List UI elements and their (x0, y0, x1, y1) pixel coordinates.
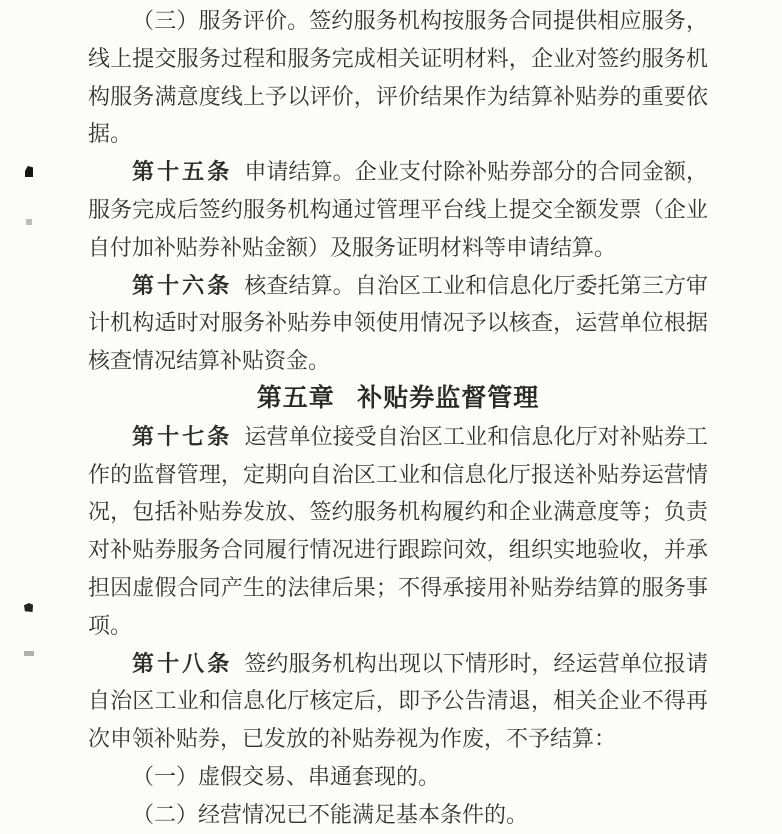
document-page: （三）服务评价。签约服务机构按服务合同提供相应服务，线上提交服务过程和服务完成相… (0, 0, 782, 834)
chapter-number: 第五章 (257, 384, 335, 412)
clause-service-evaluation: （三）服务评价。签约服务机构按服务合同提供相应服务，线上提交服务过程和服务完成相… (88, 2, 708, 153)
article-18-number: 第十八条 (132, 651, 232, 676)
article-17: 第十七条运营单位接受自治区工业和信息化厅对补贴券工作的监督管理，定期向自治区工业… (88, 418, 708, 645)
article-15-number: 第十五条 (132, 159, 232, 184)
ink-speck (26, 219, 32, 225)
chapter-5-heading: 第五章补贴券监督管理 (88, 380, 708, 418)
article-17-text: 运营单位接受自治区工业和信息化厅对补贴券工作的监督管理，定期向自治区工业和信息化… (88, 424, 708, 638)
chapter-title: 补贴券监督管理 (357, 384, 539, 412)
article-15: 第十五条申请结算。企业支付除补贴券部分的合同金额，服务完成后签约服务机构通过管理… (88, 153, 708, 266)
article-16: 第十六条核查结算。自治区工业和信息化厅委托第三方审计机构适时对服务补贴券申领使用… (88, 267, 708, 380)
article-17-number: 第十七条 (132, 424, 232, 449)
ink-speck (25, 166, 33, 177)
article-16-number: 第十六条 (132, 273, 232, 298)
ink-speck (24, 603, 33, 612)
article-18: 第十八条签约服务机构出现以下情形时，经运营单位报请自治区工业和信息化厅核定后，即… (88, 645, 708, 758)
list-item-1: （一）虚假交易、串通套现的。 (88, 758, 708, 796)
list-item-2: （二）经营情况已不能满足基本条件的。 (88, 796, 708, 834)
ink-speck (24, 651, 34, 656)
document-body: （三）服务评价。签约服务机构按服务合同提供相应服务，线上提交服务过程和服务完成相… (88, 2, 708, 834)
